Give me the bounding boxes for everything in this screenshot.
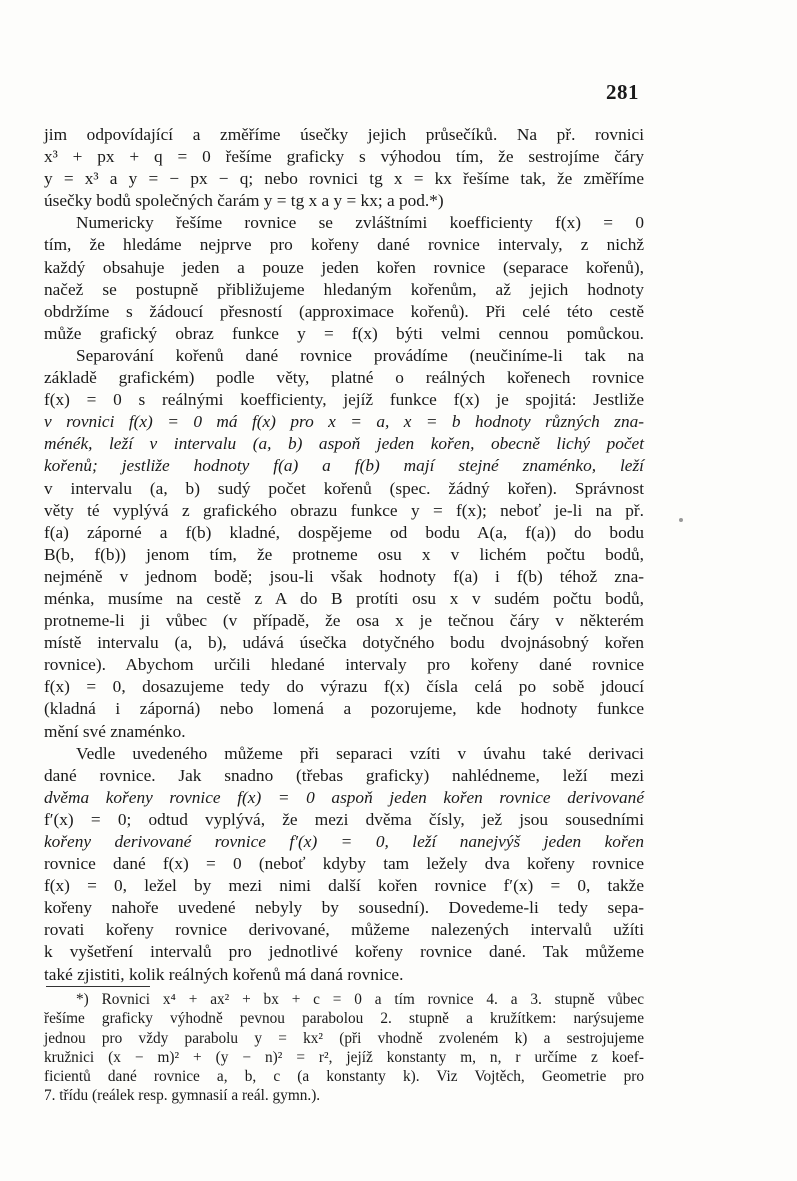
footnote: *) Rovnici x⁴ + ax² + bx + c = 0 a tím r… <box>44 990 644 1106</box>
text-line: f(x) = 0, dosazujeme tedy do výrazu f(x)… <box>44 676 644 698</box>
text-line: f′(x) = 0; odtud vyplývá, že mezi dvěma … <box>44 809 644 831</box>
text-line: místě intervalu (a, b), udává úsečka dot… <box>44 632 644 654</box>
text-line: může grafický obraz funkce y = f(x) býti… <box>44 323 644 345</box>
text-line: y = x³ a y = − px − q; nebo rovnici tg x… <box>44 168 644 190</box>
text-line: také zjistiti, kolik reálných kořenů má … <box>44 964 644 986</box>
footnote-line: ficientů dané rovnice a, b, c (a konstan… <box>44 1067 644 1086</box>
paper-speck <box>679 518 683 522</box>
theorem-line: v rovnici f(x) = 0 má f(x) pro x = a, x … <box>44 411 644 433</box>
text-line: f(a) záporné a f(b) kladné, dospějeme od… <box>44 522 644 544</box>
text-line: věty té vyplývá z grafického obrazu funk… <box>44 500 644 522</box>
theorem-line: kořenů; jestliže hodnoty f(a) a f(b) maj… <box>44 455 644 477</box>
text-line: mění své znaménko. <box>44 721 644 743</box>
text-line: (kladná i záporná) nebo lomená a pozoruj… <box>44 698 644 720</box>
paragraph-start-vedle: Vedle uvedeného můžeme při separaci vzít… <box>44 743 644 765</box>
text-line: kořeny nahoře uvedené nebyly by sousední… <box>44 897 644 919</box>
paragraph-start-separovani: Separování kořenů dané rovnice provádíme… <box>44 345 644 367</box>
text-line: jim odpovídající a změříme úsečky jejich… <box>44 124 644 146</box>
theorem-line: v intervalu (a, b) sudý počet kořenů (sp… <box>44 478 644 500</box>
text-line: B(b, f(b)) jenom tím, že protneme osu x … <box>44 544 644 566</box>
text-line: rovnice). Abychom určili hledané interva… <box>44 654 644 676</box>
footnote-line: 7. třídu (reálek resp. gymnasií a reál. … <box>44 1086 644 1105</box>
text-line: dané rovnice. Jak snadno (třebas grafick… <box>44 765 644 787</box>
text-line: ménka, musíme na cestě z A do B protíti … <box>44 588 644 610</box>
text-line: dvěma kořeny rovnice f(x) = 0 aspoň jede… <box>44 787 644 809</box>
theorem-line: ménék, leží v intervalu (a, b) aspoň jed… <box>44 433 644 455</box>
footnote-divider <box>46 986 150 987</box>
text-line: kořeny derivované rovnice f′(x) = 0, lež… <box>44 831 644 853</box>
text-line: načež se postupně přibližujeme hledaným … <box>44 279 644 301</box>
text-line: rovnice dané f(x) = 0 (neboť kdyby tam l… <box>44 853 644 875</box>
text-line: tím, že hledáme nejprve pro kořeny dané … <box>44 234 644 256</box>
text-line: nejméně v jednom bodě; jsou-li však hodn… <box>44 566 644 588</box>
text-line: obdržíme s žádoucí přesností (approximac… <box>44 301 644 323</box>
text-line: protneme-li ji vůbec (v případě, že osa … <box>44 610 644 632</box>
text-line: f(x) = 0 s reálnými koefficienty, jejíž … <box>44 389 644 411</box>
text-line: f(x) = 0, ležel by mezi nimi další kořen… <box>44 875 644 897</box>
footnote-line: kružnici (x − m)² + (y − n)² = r², jejíž… <box>44 1048 644 1067</box>
footnote-line: *) Rovnici x⁴ + ax² + bx + c = 0 a tím r… <box>44 990 644 1009</box>
footnote-line: jednou pro vždy parabolu y = kx² (při vh… <box>44 1029 644 1048</box>
text-line: úsečky bodů společných čarám y = tg x a … <box>44 190 644 212</box>
text-line: základě grafickém) podle věty, platné o … <box>44 367 644 389</box>
text-line: rovati kořeny rovnice derivované, můžeme… <box>44 919 644 941</box>
text-line: x³ + px + q = 0 řešíme graficky s výhodo… <box>44 146 644 168</box>
text-line: k vyšetření intervalů pro jednotlivé koř… <box>44 941 644 963</box>
footnote-line: řešíme graficky výhodně pevnou parabolou… <box>44 1009 644 1028</box>
page-number: 281 <box>606 80 639 105</box>
main-text: jim odpovídající a změříme úsečky jejich… <box>44 124 644 986</box>
text-line: každý obsahuje jeden a pouze jeden kořen… <box>44 257 644 279</box>
paragraph-start-numericky: Numericky řešíme rovnice se zvláštními k… <box>44 212 644 234</box>
